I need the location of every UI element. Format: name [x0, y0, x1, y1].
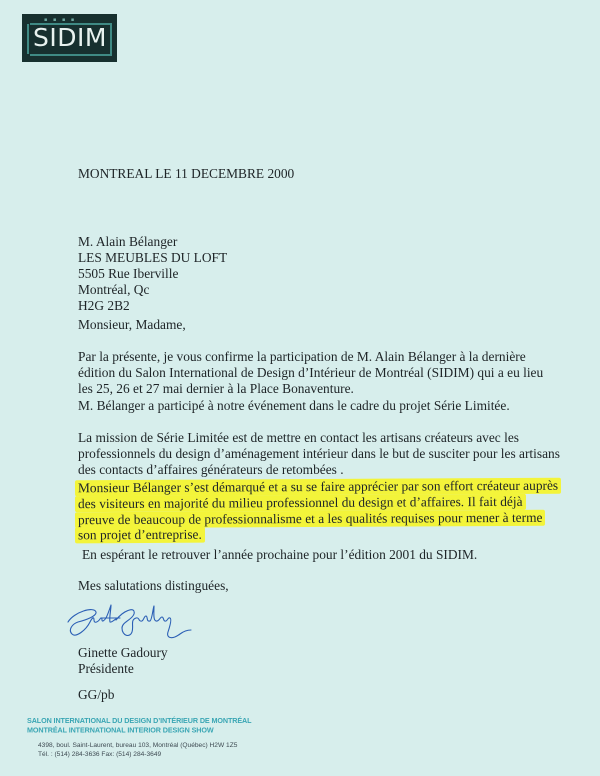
footer-contact: 4398, boul. Saint-Laurent, bureau 103, M… — [38, 741, 237, 759]
recipient-company: LES MEUBLES DU LOFT — [78, 250, 227, 266]
footer-org-english: MONTRÉAL INTERNATIONAL INTERIOR DESIGN S… — [27, 725, 251, 734]
reference-initials: GG/pb — [78, 687, 114, 703]
sidim-logo: ▪ ▪ ▪ ▪ SIDIM — [22, 14, 117, 62]
closing: Mes salutations distinguées, — [78, 578, 229, 594]
paragraph-line: édition du Salon International de Design… — [78, 365, 543, 381]
footer-org-french: SALON INTERNATIONAL DU DESIGN D’INTÉRIEU… — [27, 716, 251, 725]
logo-frame — [27, 24, 29, 54]
paragraph-line: La mission de Série Limitée est de mettr… — [78, 430, 560, 446]
salutation: Monsieur, Madame, — [78, 317, 186, 333]
footer-phone-fax: Tél. : (514) 284-3636 Fax: (514) 284-364… — [38, 750, 237, 759]
highlighted-line: son projet d’entreprise. — [75, 527, 205, 544]
footer-organization: SALON INTERNATIONAL DU DESIGN D’INTÉRIEU… — [27, 716, 251, 735]
recipient-address: M. Alain Bélanger LES MEUBLES DU LOFT 55… — [78, 234, 227, 314]
paragraph-line: Par la présente, je vous confirme la par… — [78, 349, 543, 365]
paragraph-confirmation: Par la présente, je vous confirme la par… — [78, 349, 543, 397]
paragraph-mission: La mission de Série Limitée est de mettr… — [78, 430, 560, 478]
recipient-name: M. Alain Bélanger — [78, 234, 227, 250]
paragraph-line: professionnels du design d’aménagement i… — [78, 446, 560, 462]
recipient-street: 5505 Rue Iberville — [78, 266, 227, 282]
logo-text: SIDIM — [33, 23, 107, 53]
signer-name: Ginette Gadoury — [78, 645, 168, 661]
paragraph-line: des contacts d’affaires générateurs de r… — [78, 462, 560, 478]
paragraph-line: En espérant le retrouver l’année prochai… — [82, 547, 477, 563]
paragraph-participation: M. Bélanger a participé à notre événemen… — [78, 398, 510, 414]
paragraph-highlighted-praise: Monsieur Bélanger s’est démarqué et a su… — [78, 479, 561, 543]
paragraph-line: M. Bélanger a participé à notre événemen… — [78, 398, 510, 414]
footer-address: 4398, boul. Saint-Laurent, bureau 103, M… — [38, 741, 237, 750]
highlighted-line: preuve de beaucoup de professionnalisme … — [75, 510, 545, 528]
signer-title: Présidente — [78, 661, 168, 677]
paragraph-line: les 25, 26 et 27 mai dernier à la Place … — [78, 381, 543, 397]
date-line: MONTREAL LE 11 DECEMBRE 2000 — [78, 166, 294, 182]
recipient-postal-code: H2G 2B2 — [78, 298, 227, 314]
handwritten-signature — [64, 602, 194, 644]
paragraph-next-year: En espérant le retrouver l’année prochai… — [82, 547, 477, 563]
signer-block: Ginette Gadoury Présidente — [78, 645, 168, 677]
recipient-city: Montréal, Qc — [78, 282, 227, 298]
